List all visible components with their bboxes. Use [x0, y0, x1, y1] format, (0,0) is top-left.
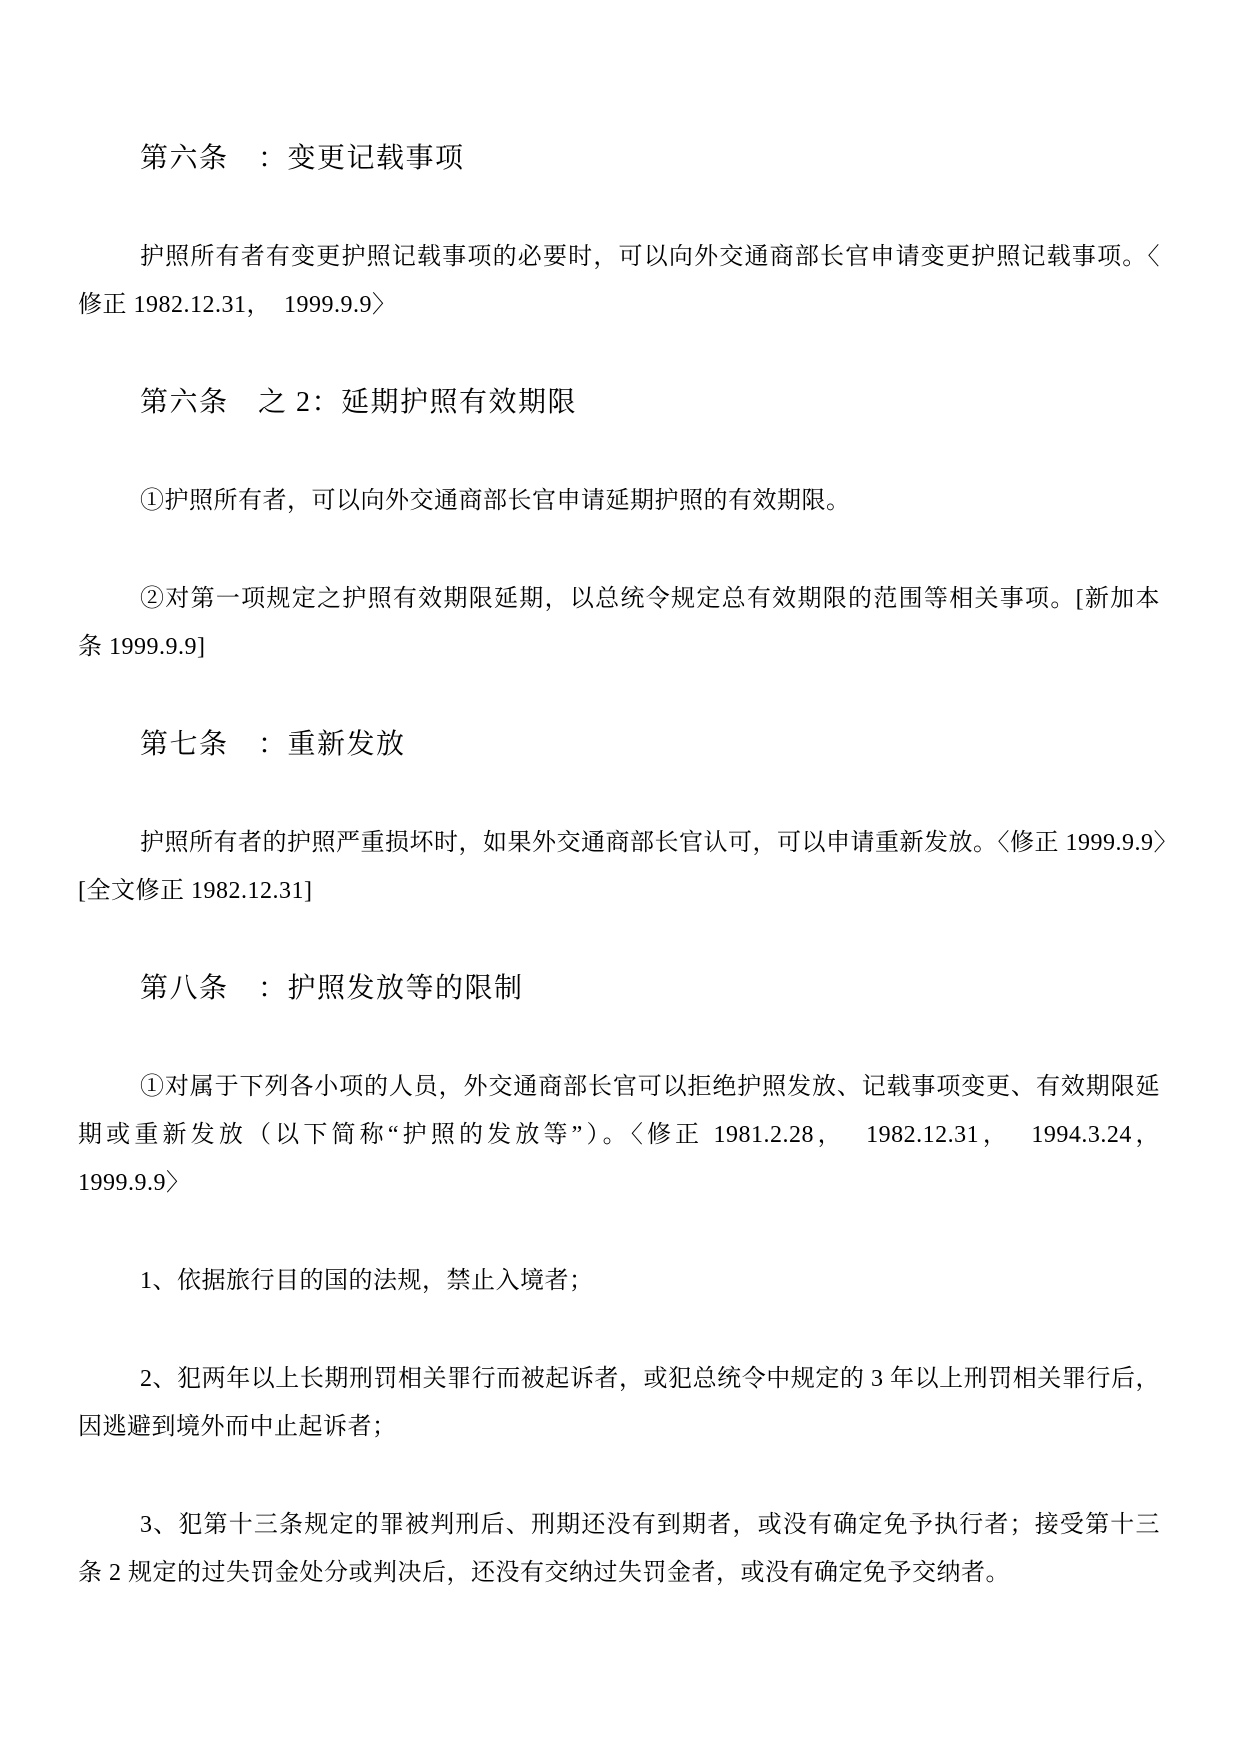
- text-line: ①对属于下列各小项的人员，外交通商部长官可以拒绝护照发放、记载事项变更、有效期限…: [78, 1063, 1160, 1111]
- paragraph: 3、犯第十三条规定的罪被判刑后、刑期还没有到期者，或没有确定免予执行者；接受第十…: [78, 1501, 1160, 1597]
- paragraph: ②对第一项规定之护照有效期限延期，以总统令规定总有效期限的范围等相关事项。[新加…: [78, 575, 1160, 671]
- text-line: 护照所有者有变更护照记载事项的必要时，可以向外交通商部长官申请变更护照记载事项。…: [78, 233, 1160, 281]
- text-line: 第八条 ：护照发放等的限制: [78, 965, 1160, 1013]
- section-heading: 第七条 ：重新发放: [78, 721, 1160, 769]
- text-line: 2、犯两年以上长期刑罚相关罪行而被起诉者，或犯总统令中规定的 3 年以上刑罚相关…: [78, 1355, 1160, 1403]
- text-line: ①护照所有者，可以向外交通商部长官申请延期护照的有效期限。: [78, 477, 1160, 525]
- text-line: 条 1999.9.9]: [78, 623, 1160, 671]
- section-heading: 第六条 之 2：延期护照有效期限: [78, 379, 1160, 427]
- text-line: 3、犯第十三条规定的罪被判刑后、刑期还没有到期者，或没有确定免予执行者；接受第十…: [78, 1501, 1160, 1549]
- text-line: 修正 1982.12.31， 1999.9.9〉: [78, 281, 1160, 329]
- paragraph: 护照所有者的护照严重损坏时，如果外交通商部长官认可，可以申请重新发放。〈修正 1…: [78, 819, 1160, 915]
- text-line: 期或重新发放（以下简称“护照的发放等”）。〈修正 1981.2.28， 1982…: [78, 1111, 1160, 1159]
- document-body: 第六条 ：变更记载事项护照所有者有变更护照记载事项的必要时，可以向外交通商部长官…: [78, 135, 1160, 1597]
- text-line: 第七条 ：重新发放: [78, 721, 1160, 769]
- text-line: 因逃避到境外而中止起诉者；: [78, 1403, 1160, 1451]
- text-line: 第六条 ：变更记载事项: [78, 135, 1160, 183]
- paragraph: 2、犯两年以上长期刑罚相关罪行而被起诉者，或犯总统令中规定的 3 年以上刑罚相关…: [78, 1355, 1160, 1451]
- text-line: [全文修正 1982.12.31]: [78, 867, 1160, 915]
- text-line: 第六条 之 2：延期护照有效期限: [78, 379, 1160, 427]
- text-line: 1999.9.9〉: [78, 1159, 1160, 1207]
- section-heading: 第八条 ：护照发放等的限制: [78, 965, 1160, 1013]
- text-line: ②对第一项规定之护照有效期限延期，以总统令规定总有效期限的范围等相关事项。[新加…: [78, 575, 1160, 623]
- section-heading: 第六条 ：变更记载事项: [78, 135, 1160, 183]
- document-page: 第六条 ：变更记载事项护照所有者有变更护照记载事项的必要时，可以向外交通商部长官…: [0, 0, 1241, 1754]
- paragraph: ①护照所有者，可以向外交通商部长官申请延期护照的有效期限。: [78, 477, 1160, 525]
- text-line: 条 2 规定的过失罚金处分或判决后，还没有交纳过失罚金者，或没有确定免予交纳者。: [78, 1549, 1160, 1597]
- text-line: 护照所有者的护照严重损坏时，如果外交通商部长官认可，可以申请重新发放。〈修正 1…: [78, 819, 1160, 867]
- text-line: 1、依据旅行目的国的法规，禁止入境者；: [78, 1257, 1160, 1305]
- paragraph: ①对属于下列各小项的人员，外交通商部长官可以拒绝护照发放、记载事项变更、有效期限…: [78, 1063, 1160, 1207]
- paragraph: 护照所有者有变更护照记载事项的必要时，可以向外交通商部长官申请变更护照记载事项。…: [78, 233, 1160, 329]
- paragraph: 1、依据旅行目的国的法规，禁止入境者；: [78, 1257, 1160, 1305]
